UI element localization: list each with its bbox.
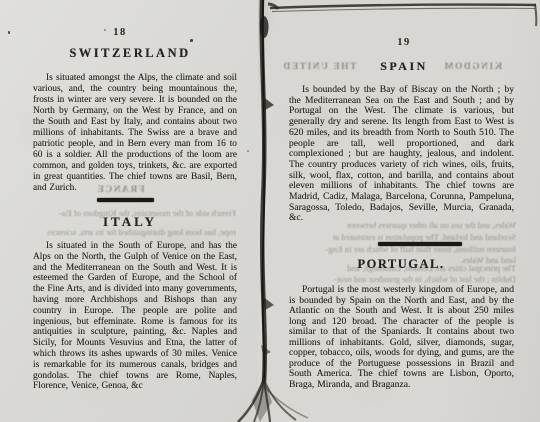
ink-speck	[8, 31, 10, 34]
ink-speck	[247, 150, 249, 152]
strikethrough-bar-right	[378, 242, 462, 246]
bleedthrough-line: Wales, and the sea on all other quarters…	[286, 220, 516, 230]
strikethrough-bar-left	[97, 198, 154, 202]
paragraph-switzerland: Is situated amongst the Alps, the climat…	[33, 73, 237, 194]
ink-speck	[104, 29, 106, 31]
paragraph-portugal: Portugal is the most westerly kingdom of…	[289, 285, 514, 390]
ink-speck	[190, 39, 193, 42]
bleedthrough-france-heading: FRANCE	[96, 185, 145, 195]
bleedthrough-caps-right: KINGDOM	[443, 62, 502, 72]
scanned-book-spread: 18 SWITZERLAND Is situated amongst the A…	[0, 0, 540, 422]
heading-portugal: PORTUGAL.	[270, 257, 532, 272]
page-number-right: 19	[270, 37, 538, 48]
bleedthrough-line: Dublin ; the last of which, in the grand…	[286, 274, 516, 284]
heading-switzerland: SWITZERLAND	[0, 46, 260, 61]
page-number-left: 18	[0, 27, 240, 38]
bleedthrough-line: Scotland and Ireland. The population is …	[286, 232, 516, 242]
paragraph-italy: Is situated in the South of Europe, and …	[33, 241, 237, 392]
paragraph-spain: Is bounded by the Bay of Biscay on the N…	[289, 85, 514, 224]
bleedthrough-line: rope, has been long distinguished for it…	[14, 227, 236, 237]
